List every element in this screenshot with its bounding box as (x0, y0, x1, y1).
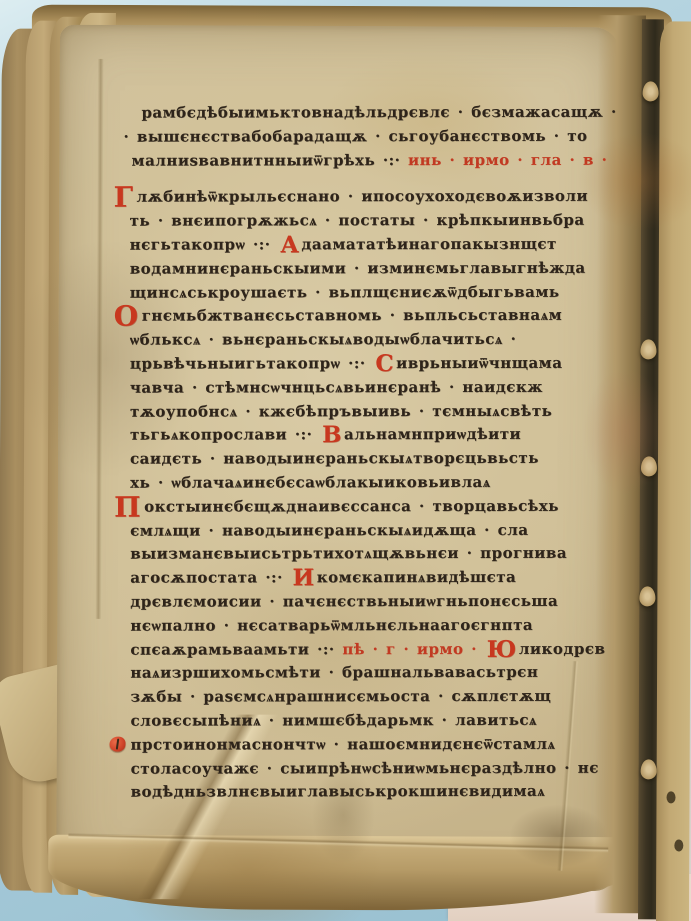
manuscript-line: нєѡпално · нєсатварьѿмльнєльнаагоєгнпта (130, 613, 630, 638)
text-segment: даамататѣинагопакызнщєт (301, 235, 556, 253)
worm-hole (674, 839, 683, 851)
manuscript-line: ємлѧщи · наводыинєраньскыѧидѫща · сла (130, 518, 630, 543)
text-segment: · вышєнєствабобарадащѫ · сьгоубанєствомь… (123, 127, 587, 146)
manuscript-line: столасоучажє · сыипрѣнѡсѣниѡмьнєраздѣлно… (131, 756, 631, 781)
codex: рамбєдѣбыимьктовнадѣльдрєвлє · бєзмажаса… (0, 0, 691, 921)
text-segment: ѡбльксѧ · вьнєраньскыѧводыѡблачитьсѧ · (130, 330, 516, 349)
page-bottom-edge (48, 835, 648, 912)
rubric-initial: И (293, 564, 315, 591)
rubric-initial: Ю (487, 635, 517, 662)
text-segment: альнамнприѡдѣити (344, 425, 521, 443)
sewing-knot (643, 81, 659, 101)
text-segment: прстоинонмаснончтѡ · нашоємнидєнєѿстамлѧ (131, 735, 556, 754)
manuscript-line: спєаѫрамьваамьти ·:· пѣ · г · ирмо · Юли… (130, 637, 630, 662)
manuscript-line: зѫбы · раѕємсѧнрашнисємьоста · сѫплєтѫщ (130, 685, 630, 710)
manuscript-line: наѧизршихомьсмѣти · брашнальвавасьтрєн (130, 661, 630, 686)
text-segment: тьгьѧкопрослави ·:· (130, 426, 320, 444)
text-segment: ть · внєипогрѫжьсѧ · постаты · крѣпкыинв… (130, 211, 585, 230)
text-segment: саидєть · наводыинєраньскыѧтворєцьвьсть (130, 449, 539, 468)
manuscript-line: ть · внєипогрѫжьсѧ · постаты · крѣпкыинв… (130, 209, 630, 234)
manuscript-line: ѡбльксѧ · вьнєраньскыѧводыѡблачитьсѧ · (130, 328, 630, 353)
sewing-knot (641, 456, 657, 476)
text-segment: ликодрєв (519, 639, 606, 657)
worm-hole (667, 791, 676, 803)
manuscript-line: дрєвлємоисии · пачєнєствьныиѡгньпонєсьша (130, 590, 630, 615)
text-segment: спєаѫрамьваамьти ·:· (130, 640, 342, 658)
manuscript-photo: рамбєдѣбыимьктовнадѣльдрєвлє · бєзмажаса… (0, 0, 691, 921)
manuscript-line: выизманєвыисьтрьтихотѧщѫвьнєи · прогнива (130, 542, 630, 567)
text-segment: окстыинєбєщѫднаивєссанса · творцавьсѣхь (144, 497, 559, 516)
manuscript-line: агосѫпостата ·:· Икомєкапинѧвидѣшєта (130, 566, 630, 591)
manuscript-line: чавча · стѣмнсѡчнцьсѧвьинєранѣ · наидєкж (130, 375, 630, 400)
text-segment: дрєвлємоисии · пачєнєствьныиѡгньпонєсьша (130, 592, 558, 611)
manuscript-line: Глѫбинѣѿкрыльєснано · ипосоухоходєвоѫизв… (130, 185, 630, 210)
text-segment: словєсыпѣниѧ · нимшєбѣдарьмк · лавитьсѧ (130, 711, 537, 730)
text-segment: комєкапинѧвидѣшєта (317, 568, 517, 586)
text-segment: малниѕвавнитнныиѿгрѣхь ·:· (132, 151, 409, 169)
text-segment: чавча · стѣмнсѡчнцьсѧвьинєранѣ · наидєкж (130, 378, 543, 397)
rubric-initial: В (322, 422, 342, 449)
text-segment: столасоучажє · сыипрѣнѡсѣниѡмьнєраздѣлно… (131, 758, 599, 777)
text-segment: водѣдньзвлнєвыиглавыськрокшинєвидимаѧ (131, 782, 546, 801)
manuscript-line: хь · ѡблачаѧинєбєсаѡблакыиковьивлаѧ (130, 471, 630, 496)
manuscript-line: малниѕвавнитнныиѿгрѣхь ·:· инь · ирмо · … (132, 148, 630, 173)
text-segment: тѫоупобнсѧ · кжєбѣпръвыивь · тємныѧсвѣть (130, 401, 552, 420)
sewing-knot (640, 339, 656, 359)
text-segment: нєгьтакопрѡ ·:· (130, 235, 279, 253)
text-block: рамбєдѣбыимьктовнадѣльдрєвлє · бєзмажаса… (129, 101, 630, 805)
manuscript-line: водѣдньзвлнєвыиглавыськрокшинєвидимаѧ (131, 780, 631, 805)
rubric-initial: А (280, 231, 299, 258)
text-segment: водамнинєраньскыими · изминємьглавыгнѣжд… (130, 259, 586, 278)
manuscript-line: водамнинєраньскыими · изминємьглавыгнѣжд… (130, 256, 630, 281)
sewing-knot (639, 586, 655, 606)
manuscript-line: словєсыпѣниѧ · нимшєбѣдарьмк · лавитьсѧ (130, 709, 630, 734)
manuscript-line: саидєть · наводыинєраньскыѧтворєцьвьсть (130, 447, 630, 472)
sewing-knot (641, 759, 657, 779)
rubric-text: пѣ · г · ирмо · (342, 639, 484, 657)
rubric-initial: С (375, 350, 394, 377)
text-segment: нєѡпално · нєсатварьѿмльнєльнаагоєгнпта (130, 616, 533, 635)
text-segment: хь · ѡблачаѧинєбєсаѡблакыиковьивлаѧ (130, 473, 491, 492)
manuscript-line: тьгьѧкопрослави ·:· Вальнамнприѡдѣити (130, 423, 630, 448)
text-segment: ємлѧщи · наводыинєраньскыѧидѫща · сла (130, 520, 528, 539)
manuscript-line: тѫоупобнсѧ · кжєбѣпръвыивь · тємныѧсвѣть (130, 399, 630, 424)
text-segment: агосѫпостата ·:· (130, 568, 290, 586)
rubric-text: инь · ирмо · гла · в · (408, 150, 607, 168)
text-segment: иврьныиѿчнщама (396, 354, 562, 372)
manuscript-line: Огнємьбжтванєсьставномь · вьпльсьставнаѧ… (130, 304, 630, 329)
text-segment: рамбєдѣбыимьктовнадѣльдрєвлє · бєзмажаса… (141, 103, 616, 122)
text-segment: зѫбы · раѕємсѧнрашнисємьоста · сѫплєтѫщ (130, 687, 551, 706)
manuscript-line: рамбєдѣбыимьктовнадѣльдрєвлє · бєзмажаса… (141, 101, 629, 126)
manuscript-line: нєгьтакопрѡ ·:· Адаамататѣинагопакызнщєт (130, 233, 630, 258)
text-segment: гнємьбжтванєсьставномь · вьпльсьставнаѧм (142, 306, 562, 325)
manuscript-line: щинсѧськроушаєть · вьплщєниєѫѿдбыгьвамь (130, 280, 630, 305)
rubric-initial: П (114, 490, 141, 523)
rubric-ornament-icon (110, 736, 126, 751)
text-segment: наѧизршихомьсмѣти · брашнальвавасьтрєн (130, 663, 538, 682)
manuscript-line: Покстыинєбєщѫднаивєссанса · творцавьсѣхь (130, 494, 630, 519)
manuscript-line: · вышєнєствабобарадащѫ · сьгоубанєствомь… (123, 125, 629, 150)
text-segment: лѫбинѣѿкрыльєснано · ипосоухоходєвоѫизво… (136, 187, 588, 206)
manuscript-line: прстоинонмаснончтѡ · нашоємнидєнєѿстамлѧ (131, 732, 631, 757)
text-segment: выизманєвыисьтрьтихотѧщѫвьнєи · прогнива (130, 544, 567, 563)
text-segment: црьвѣчьныигьтакопрѡ ·:· (130, 354, 373, 372)
adjacent-quire-edge (656, 21, 691, 921)
manuscript-line: црьвѣчьныигьтакопрѡ ·:· Сиврьныиѿчнщама (130, 352, 630, 377)
text-segment: щинсѧськроушаєть · вьплщєниєѫѿдбыгьвамь (130, 282, 560, 301)
